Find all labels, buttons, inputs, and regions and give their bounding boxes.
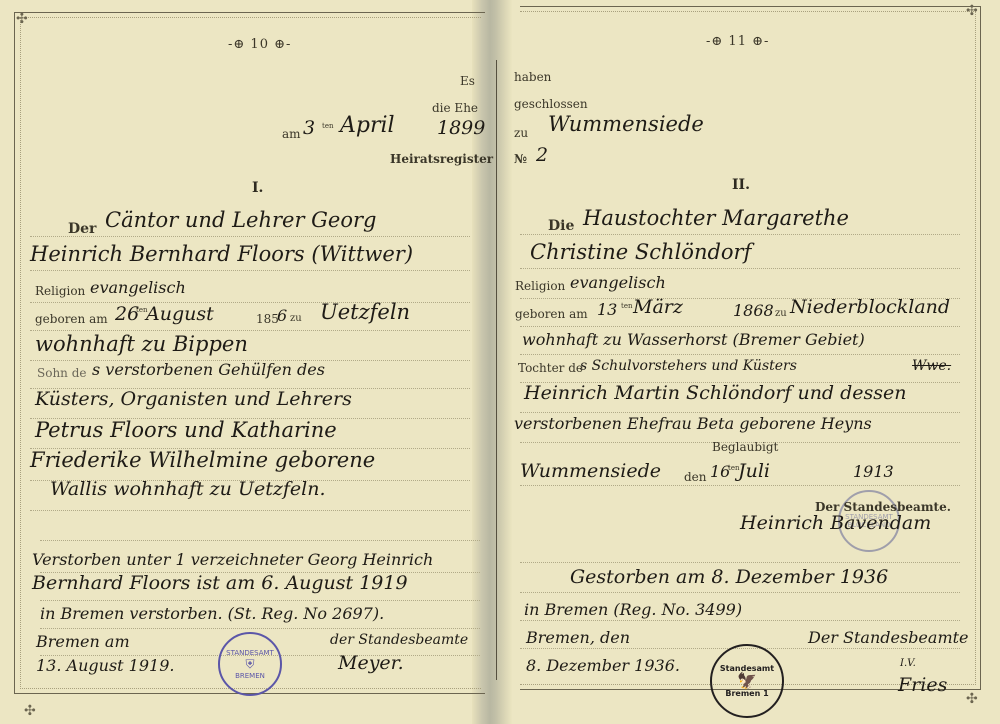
death-note-place: Bremen am xyxy=(36,632,130,651)
bride-birth-place: Niederblockland xyxy=(790,296,950,318)
bride-residence: wohnhaft zu Wasserhorst (Bremer Gebiet) xyxy=(522,330,865,349)
certification-place: Wummensiede xyxy=(520,460,661,482)
bremen-arms-icon: ⛨ xyxy=(245,657,254,672)
print-heiratsregister: Heiratsregister xyxy=(390,152,493,166)
section-numeral-i: I. xyxy=(252,180,263,196)
dotline xyxy=(520,234,960,235)
dotline xyxy=(520,562,960,563)
print-nr: № xyxy=(514,152,527,166)
print-haben: haben xyxy=(514,70,551,84)
ornament-icon: ⊕- xyxy=(747,34,769,49)
death-note-iv: I.V. xyxy=(900,658,916,669)
print-die-ehe: die Ehe xyxy=(432,101,478,115)
print-geschlossen: geschlossen xyxy=(514,97,588,111)
print-den: den xyxy=(684,470,707,484)
marriage-place: Wummensiede xyxy=(548,112,704,136)
print-religion: Religion xyxy=(35,284,85,298)
bride-parents-line2: Heinrich Martin Schlöndorf und dessen xyxy=(524,382,907,404)
bride-parents-line1: s Schulvorstehers und Küsters xyxy=(580,358,797,374)
ornament-icon: -⊕ xyxy=(706,34,728,49)
print-tochter: Tochter de xyxy=(518,361,583,375)
stamp-standesamt-bremen-1: Standesamt 🦅 Bremen 1 xyxy=(710,644,784,718)
ornament-icon: ⊕- xyxy=(269,37,291,52)
dotline xyxy=(520,592,960,593)
groom-parents-line2: Küsters, Organisten und Lehrers xyxy=(35,388,352,410)
groom-parents-line1: s verstorbenen Gehülfen des xyxy=(92,360,325,379)
groom-line2: Heinrich Bernhard Floors (Wittwer) xyxy=(30,242,413,266)
corner-ornament-icon: ✣ xyxy=(966,692,978,706)
death-note-signature: Meyer. xyxy=(338,652,404,674)
certification-year: 1913 xyxy=(853,462,894,481)
print-beglaubigt: Beglaubigt xyxy=(712,440,778,454)
groom-birth-month: August xyxy=(146,303,214,325)
groom-residence: wohnhaft zu Bippen xyxy=(35,332,248,356)
corner-ornament-icon: ✣ xyxy=(24,704,36,718)
groom-religion: evangelisch xyxy=(90,278,186,297)
marriage-month: April xyxy=(340,113,395,138)
death-note-line2: Bernhard Floors ist am 6. August 1919 xyxy=(32,572,408,594)
dotline xyxy=(520,620,960,621)
print-zu: zu xyxy=(775,308,787,319)
bride-birth-year: 1868 xyxy=(733,301,774,320)
print-zu: zu xyxy=(290,313,302,324)
eagle-emblem-icon: 🦅 xyxy=(737,673,757,689)
dotline xyxy=(520,326,960,327)
ornament-icon: -⊕ xyxy=(228,37,250,52)
print-zu: zu xyxy=(514,126,528,140)
death-note-line1: Verstorben unter 1 verzeichneter Georg H… xyxy=(32,550,433,569)
print-sohn: Sohn de xyxy=(37,366,87,380)
official-signature: Heinrich Bavendam xyxy=(740,512,931,534)
print-der: Der xyxy=(68,221,96,237)
print-am: am xyxy=(282,127,301,141)
dotline xyxy=(520,268,960,269)
dotline xyxy=(30,330,470,331)
dotline xyxy=(520,485,960,486)
dotline xyxy=(30,270,470,271)
death-note-line2: in Bremen (Reg. No. 3499) xyxy=(524,600,742,619)
groom-parents-line3: Petrus Floors und Katharine xyxy=(35,418,337,442)
bride-parents-struck: Wwe. xyxy=(912,358,951,374)
print-geboren: geboren am xyxy=(35,312,108,326)
page-number-left: -⊕ 10 ⊕- xyxy=(228,37,291,52)
groom-birth-year-print: 185 xyxy=(256,312,279,326)
corner-ornament-icon: ✣ xyxy=(966,4,978,18)
bride-line1: Haustochter Margarethe xyxy=(583,206,849,230)
groom-parents-line5: Wallis wohnhaft zu Uetzfeln. xyxy=(50,478,326,500)
print-die: Die xyxy=(548,218,574,234)
bride-birth-month: März xyxy=(633,296,683,318)
print-es: Es xyxy=(460,74,475,88)
death-note-line3: in Bremen verstorben. (St. Reg. No 2697)… xyxy=(40,604,384,623)
groom-birth-year-hand: 6 xyxy=(277,306,287,325)
death-note-official-title: Der Standesbeamte xyxy=(808,628,969,647)
bride-line2: Christine Schlöndorf xyxy=(530,240,751,264)
marriage-year: 1899 xyxy=(437,117,485,139)
death-note-place: Bremen, den xyxy=(526,628,630,647)
death-note-signature: Fries xyxy=(898,674,947,696)
dotline xyxy=(40,600,480,601)
print-geboren: geboren am xyxy=(515,307,588,321)
marriage-day: 3 xyxy=(303,117,315,139)
register-number: 2 xyxy=(536,144,548,166)
gutter-rule xyxy=(496,60,497,680)
groom-line1: Cäntor und Lehrer Georg xyxy=(105,208,376,232)
corner-ornament-icon: ✣ xyxy=(16,12,28,26)
death-note-date: 13. August 1919. xyxy=(36,656,174,675)
dotline xyxy=(30,236,470,237)
bride-birth-suffix: ten xyxy=(621,302,632,310)
dotline xyxy=(40,540,480,541)
bride-religion: evangelisch xyxy=(570,273,666,292)
page-number-right: -⊕ 11 ⊕- xyxy=(706,34,769,49)
dotline xyxy=(520,354,960,355)
marriage-day-suffix: ten xyxy=(322,122,333,130)
dotline xyxy=(520,412,960,413)
death-note-line1: Gestorben am 8. Dezember 1936 xyxy=(570,566,888,588)
certification-month: Juli xyxy=(738,460,770,482)
death-note-official-title: der Standesbeamte xyxy=(330,632,468,648)
bride-parents-line3: verstorbenen Ehefrau Beta geborene Heyns xyxy=(514,414,872,433)
print-religion: Religion xyxy=(515,279,565,293)
groom-birth-place: Uetzfeln xyxy=(320,300,410,324)
bride-birth-day: 13 xyxy=(597,300,617,319)
death-note-date: 8. Dezember 1936. xyxy=(526,656,680,675)
section-numeral-ii: II. xyxy=(732,177,750,193)
dotline xyxy=(30,510,470,511)
dotline xyxy=(40,628,480,629)
stamp-standesamt-bremen: STANDESAMT ⛨ BREMEN xyxy=(218,632,282,696)
groom-parents-line4: Friederike Wilhelmine geborene xyxy=(30,448,375,472)
